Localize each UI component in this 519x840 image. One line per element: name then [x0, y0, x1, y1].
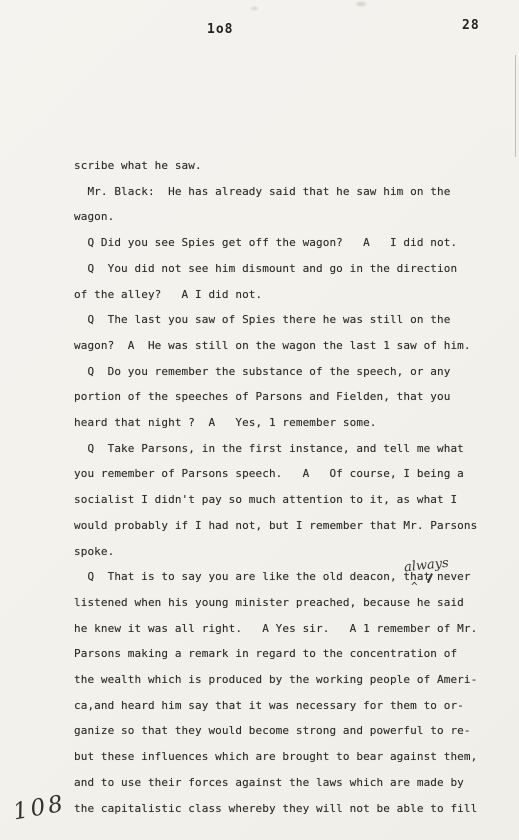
document-page: 1o8 28 scribe what he saw. Mr. Black: He… — [0, 0, 519, 840]
transcript-line: wagon. — [74, 204, 484, 230]
transcript-line: he knew it was all right. A Yes sir. A 1… — [74, 616, 484, 642]
transcript-line: Q The last you saw of Spies there he was… — [74, 307, 484, 333]
transcript-line: heard that night ? A Yes, 1 remember som… — [74, 410, 484, 436]
transcript-line: ca,and heard him say that it was necessa… — [74, 693, 484, 719]
transcript-line: but these influences which are brought t… — [74, 744, 484, 770]
transcript-line: the wealth which is produced by the work… — [74, 667, 484, 693]
transcript-line: portion of the speeches of Parsons and F… — [74, 384, 484, 410]
scan-smudge — [251, 7, 258, 10]
transcript-line: and to use their forces against the laws… — [74, 770, 484, 796]
transcript-text: scribe what he saw. Mr. Black: He has al… — [74, 153, 484, 821]
handwritten-page-number: 108 — [11, 791, 68, 826]
transcript-line: would probably if I had not, but I remem… — [74, 513, 484, 539]
transcript-line: Mr. Black: He has already said that he s… — [74, 179, 484, 205]
transcript-line: scribe what he saw. — [74, 153, 484, 179]
transcript-line: socialist I didn't pay so much attention… — [74, 487, 484, 513]
transcript-line: Parsons making a remark in regard to the… — [74, 641, 484, 667]
typed-page-number: 1o8 — [207, 22, 233, 37]
transcript-line: Q Did you see Spies get off the wagon? A… — [74, 230, 484, 256]
transcript-line: you remember of Parsons speech. A Of cou… — [74, 461, 484, 487]
page-edge-line — [515, 55, 516, 157]
transcript-line: Q Take Parsons, in the first instance, a… — [74, 436, 484, 462]
transcript-line: of the alley? A I did not. — [74, 282, 484, 308]
transcript-line: the capitalistic class whereby they will… — [74, 796, 484, 822]
insertion-caret: ^ — [411, 580, 418, 593]
transcript-line: listened when his young minister preache… — [74, 590, 484, 616]
scan-smudge — [356, 2, 366, 6]
transcript-line: ganize so that they would become strong … — [74, 718, 484, 744]
transcript-line: Q Do you remember the substance of the s… — [74, 359, 484, 385]
transcript-line: Q You did not see him dismount and go in… — [74, 256, 484, 282]
sheet-number: 28 — [462, 18, 480, 33]
transcript-line: wagon? A He was still on the wagon the l… — [74, 333, 484, 359]
